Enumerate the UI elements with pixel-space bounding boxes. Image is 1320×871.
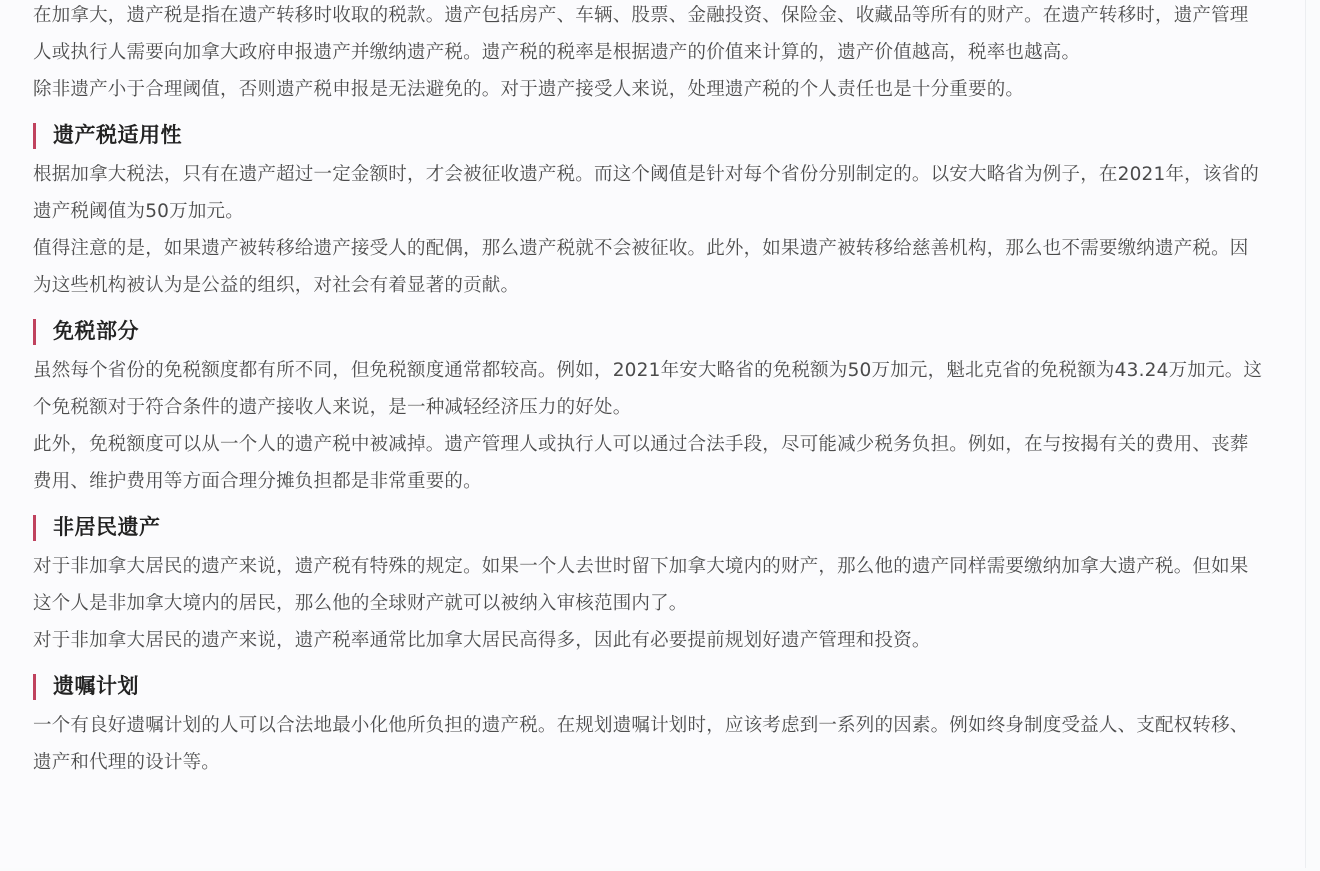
heading-accent-bar — [33, 515, 36, 541]
applicability-paragraph-2: 值得注意的是，如果遗产被转移给遗产接受人的配偶，那么遗产税就不会被征收。此外，如… — [33, 230, 1265, 304]
will-planning-paragraph-1: 一个有良好遗嘱计划的人可以合法地最小化他所负担的遗产税。在规划遗嘱计划时，应该考… — [33, 707, 1265, 781]
article-page: 在加拿大，遗产税是指在遗产转移时收取的税款。遗产包括房产、车辆、股票、金融投资、… — [0, 0, 1306, 868]
intro-paragraph-1: 在加拿大，遗产税是指在遗产转移时收取的税款。遗产包括房产、车辆、股票、金融投资、… — [33, 0, 1265, 71]
section-heading-exemption: 免税部分 — [33, 316, 1265, 346]
section-heading-applicability: 遗产税适用性 — [33, 120, 1265, 150]
section-heading-text: 遗嘱计划 — [53, 674, 139, 698]
section-heading-will-planning: 遗嘱计划 — [33, 671, 1265, 701]
non-resident-paragraph-1: 对于非加拿大居民的遗产来说，遗产税有特殊的规定。如果一个人去世时留下加拿大境内的… — [33, 548, 1265, 622]
heading-accent-bar — [33, 319, 36, 345]
exemption-paragraph-2: 此外，免税额度可以从一个人的遗产税中被减掉。遗产管理人或执行人可以通过合法手段，… — [33, 426, 1265, 500]
heading-accent-bar — [33, 674, 36, 700]
non-resident-paragraph-2: 对于非加拿大居民的遗产来说，遗产税率通常比加拿大居民高得多，因此有必要提前规划好… — [33, 622, 1265, 659]
section-heading-text: 免税部分 — [53, 319, 139, 343]
section-heading-text: 非居民遗产 — [53, 515, 161, 539]
section-heading-non-resident: 非居民遗产 — [33, 512, 1265, 542]
exemption-paragraph-1: 虽然每个省份的免税额度都有所不同，但免税额度通常都较高。例如，2021年安大略省… — [33, 352, 1265, 426]
section-heading-text: 遗产税适用性 — [53, 123, 182, 147]
heading-accent-bar — [33, 123, 36, 149]
applicability-paragraph-1: 根据加拿大税法，只有在遗产超过一定金额时，才会被征收遗产税。而这个阈值是针对每个… — [33, 156, 1265, 230]
intro-paragraph-2: 除非遗产小于合理阈值，否则遗产税申报是无法避免的。对于遗产接受人来说，处理遗产税… — [33, 71, 1265, 108]
